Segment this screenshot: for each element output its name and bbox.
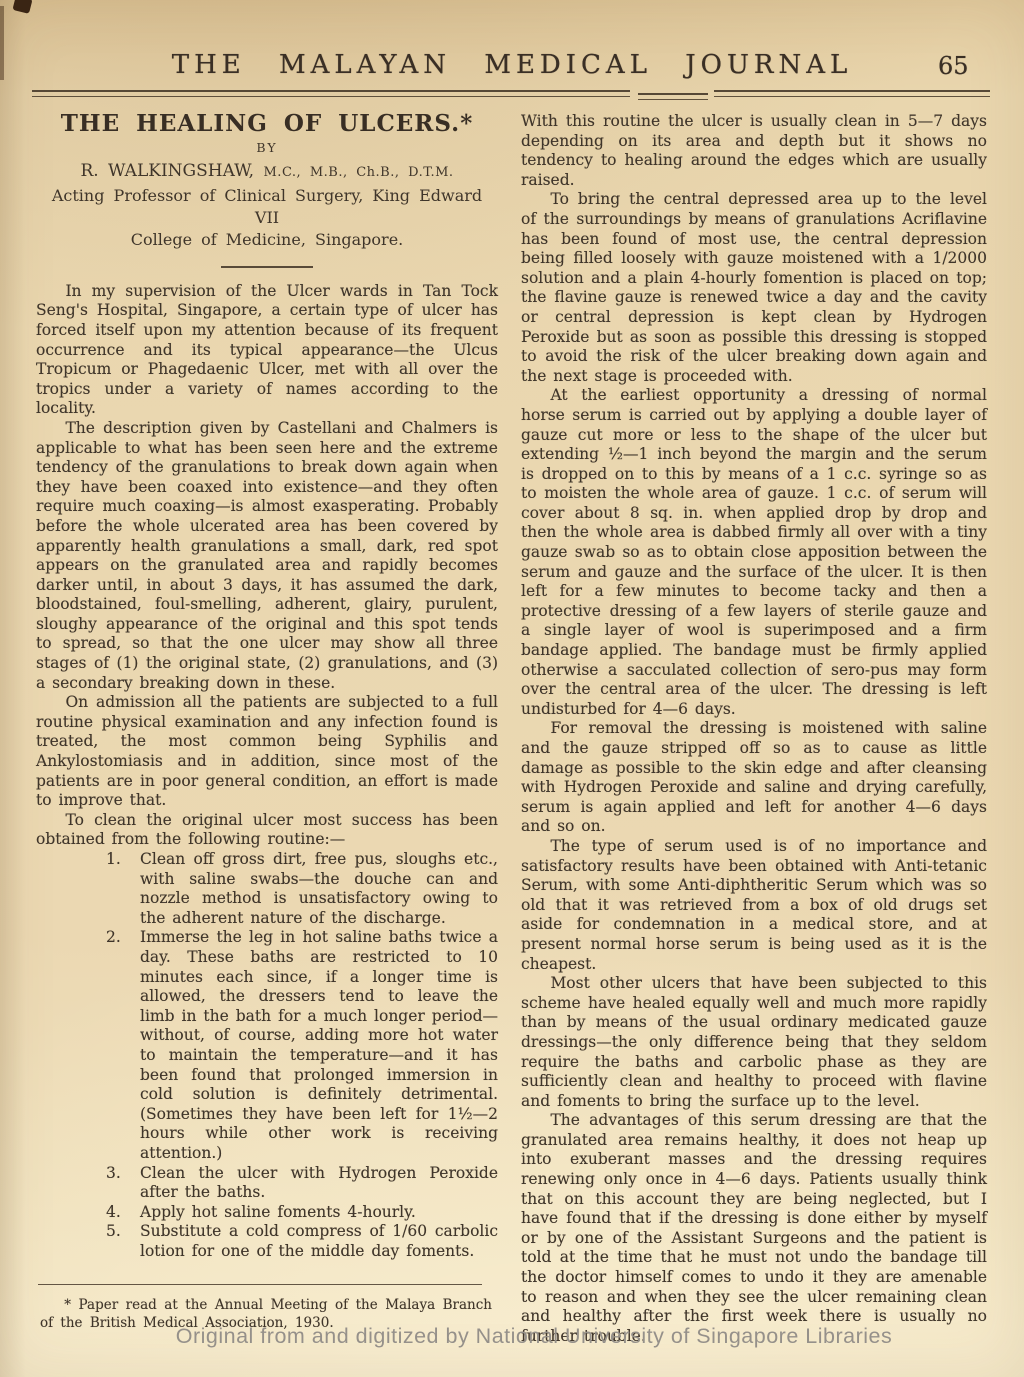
list-item: 2.Immerse the leg in hot saline baths tw… [36, 928, 498, 1163]
footnote-divider [38, 1284, 482, 1285]
list-item-text: Substitute a cold compress of 1/60 carbo… [140, 1222, 498, 1260]
list-item-text: Immerse the leg in hot saline baths twic… [140, 928, 498, 1162]
digitization-watermark: Original from and digitized by National … [0, 1324, 1024, 1349]
title-divider [221, 266, 313, 268]
list-item: 1.Clean off gross dirt, free pus, slough… [36, 850, 498, 928]
list-item-number: 3. [106, 1164, 140, 1184]
routine-list: 1.Clean off gross dirt, free pus, slough… [36, 850, 498, 1261]
list-item-number: 1. [106, 850, 140, 870]
paragraph: Most other ulcers that have been subject… [521, 974, 987, 1111]
journal-page-scan: THE MALAYAN MEDICAL JOURNAL 65 THE HEALI… [0, 0, 1024, 1377]
author-name: R. WALKINGSHAW, [80, 161, 254, 181]
masthead-rule [714, 90, 990, 97]
paragraph: The description given by Castellani and … [36, 419, 498, 693]
paragraph: On admission all the patients are subjec… [36, 693, 498, 811]
list-item: 5.Substitute a cold compress of 1/60 car… [36, 1222, 498, 1261]
page-number: 65 [938, 52, 969, 80]
list-item-number: 4. [106, 1203, 140, 1223]
masthead-rule [32, 90, 630, 97]
byline-label: BY [36, 138, 498, 158]
scan-artifact [12, 0, 32, 14]
journal-title: THE MALAYAN MEDICAL JOURNAL [0, 50, 1024, 80]
list-item-number: 2. [106, 928, 140, 948]
paragraph: To bring the central depressed area up t… [521, 190, 987, 386]
author-line: R. WALKINGSHAW, M.C., M.B., Ch.B., D.T.M… [36, 162, 498, 183]
paragraph: At the earliest opportunity a dressing o… [521, 386, 987, 719]
list-item: 3.Clean the ulcer with Hydrogen Peroxide… [36, 1164, 498, 1203]
list-item-text: Clean off gross dirt, free pus, sloughs … [140, 850, 498, 927]
affiliation-line-2: College of Medicine, Singapore. [36, 229, 498, 251]
list-item-number: 5. [106, 1222, 140, 1242]
left-column: THE HEALING OF ULCERS.* BY R. WALKINGSHA… [36, 108, 498, 1261]
list-item-text: Apply hot saline foments 4-hourly. [140, 1203, 416, 1221]
paragraph: The type of serum used is of no importan… [521, 837, 987, 974]
paragraph: With this routine the ulcer is usually c… [521, 112, 987, 190]
paragraph: In my supervision of the Ulcer wards in … [36, 282, 498, 419]
author-degrees: M.C., M.B., Ch.B., D.T.M. [264, 165, 454, 180]
masthead-rule [638, 93, 708, 100]
paragraph: To clean the original ulcer most success… [36, 811, 498, 850]
list-item: 4.Apply hot saline foments 4-hourly. [36, 1203, 498, 1223]
affiliation-line-1: Acting Professor of Clinical Surgery, Ki… [36, 185, 498, 229]
article-title: THE HEALING OF ULCERS.* [36, 114, 498, 134]
right-column: With this routine the ulcer is usually c… [521, 112, 987, 1346]
paragraph: For removal the dressing is moistened wi… [521, 719, 987, 837]
list-item-text: Clean the ulcer with Hydrogen Peroxide a… [140, 1164, 498, 1202]
paragraph: The advantages of this serum dressing ar… [521, 1111, 987, 1346]
